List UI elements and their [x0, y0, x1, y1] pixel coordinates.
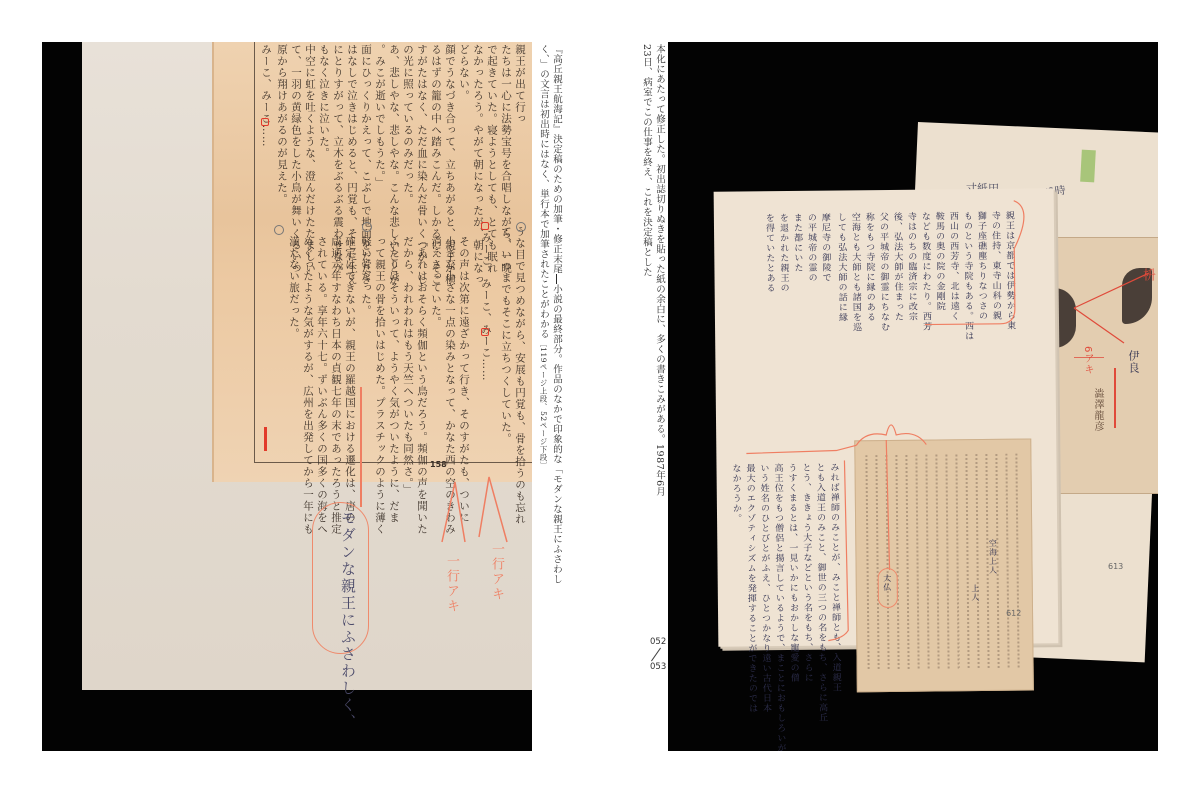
text-column: 消えさっていた。	[430, 236, 442, 328]
caption-left: 『高丘親王航海記』決定稿のための加筆・修正末尾小説の最終部分。作品のなかで印象的…	[537, 44, 563, 584]
manuscript-photo-left: 親王が出て行っ たちは一心に法勢宝号を合唱しながら、一晩 で起きていた。寝ようと…	[42, 42, 532, 751]
text-column: 満たない旅だった。	[288, 236, 300, 340]
folio-right: 053	[650, 661, 662, 673]
front-manuscript-sheet: 親王は京都では伊勢から東 寺の住持、東寺山科の親 獅子座礁塵ちりなつさの ものと…	[714, 188, 1059, 647]
folio-left: 052	[650, 636, 662, 648]
printed-book-page: 親王が出て行っ たちは一心に法勢宝号を合唱しながら、一晩 で起きていた。寝ようと…	[212, 42, 532, 482]
caption-title: 『高丘親王航海記』決定稿のための加筆・修正	[551, 44, 562, 254]
text-column: 原から翔けあがるのが見えた。	[276, 44, 288, 205]
red-mark-note: 枡	[1142, 268, 1152, 282]
page-code-back: 613	[1108, 562, 1123, 571]
page-number: 158	[430, 460, 447, 469]
spacing-note: 6アキ	[1082, 346, 1092, 375]
text-column: 確定はできないが、親王の羅越国における遷化は、唐の	[344, 236, 356, 524]
balloon-note: 大仏	[882, 574, 892, 592]
text-column: の光に照っているのみだった。	[402, 44, 414, 205]
folio-divider	[651, 648, 661, 662]
caption-tag: 末尾	[551, 254, 562, 274]
author-name: 澁澤龍彦	[1092, 388, 1102, 432]
red-caret-marks	[437, 472, 527, 552]
red-correction-mark	[261, 118, 269, 126]
text-column: て、いつまでもそこに立ちつくしていた。	[500, 226, 512, 445]
text-column: されている。享年六十七。ずいぶん多くの国多くの海をへ	[316, 236, 328, 535]
text-column: 「あれはおそらく頻伽という鳥だろう。頻伽の声を聞いた	[416, 236, 428, 535]
text-column: 咸通六年すなわち日本の貞観七年の末であったろうと推定	[330, 236, 342, 535]
caption-rule	[556, 274, 557, 284]
manuscript-photo-right: 寸紙田 60/8時 枡 6アキ 伊良 澁澤龍彦 613 親王は京都では伊勢から東…	[668, 42, 1158, 751]
red-guide-line	[1114, 368, 1116, 428]
grey-circle-mark	[362, 222, 372, 232]
text-column: みーこ、みーこ……	[260, 44, 272, 148]
text-column: ふたりはそういって、ようやく気がついたように、だま	[388, 236, 400, 524]
text-column: 親王が出て行っ	[514, 44, 526, 125]
text-column: どらない。	[458, 44, 470, 102]
red-correction-mark	[481, 222, 489, 230]
text-column: みーこ、みーこ、みーこ……	[480, 232, 492, 382]
caption-reference: 〔119ページ上段、52ページ下段〕	[539, 339, 548, 469]
green-paper-tag	[1080, 150, 1096, 183]
text-column: って親王の骨を拾いはじめた。プラスチックのように薄く	[374, 236, 386, 535]
text-column: めぐったような気がするが、広州を出発してから一年にも	[302, 236, 314, 535]
back-print-clipping: 枡 6アキ 伊良 澁澤龍彦	[1053, 237, 1158, 494]
handwritten-spacing-note: 一行アキ	[442, 554, 461, 614]
text-column: 。みこが逝いでしもうた。」	[374, 44, 386, 188]
red-guide-line	[360, 387, 362, 507]
handwritten-spacing-note: 一行アキ	[487, 542, 506, 602]
text-column: だから、われわれはもう天竺へついたも同然さ。」	[402, 236, 414, 495]
correction-note: 伊良	[1128, 350, 1138, 374]
grey-circle-mark	[274, 225, 284, 235]
page-code-front: 612	[1006, 609, 1021, 618]
red-correction-mark	[481, 328, 489, 336]
grey-circle-mark	[516, 222, 526, 232]
text-column: 軽い骨だった。	[360, 236, 372, 317]
text-column: もなく泣きに泣いた。	[318, 44, 330, 159]
handwritten-insert-note: モダンな親王にふさわしく、	[338, 510, 359, 731]
page-folio: 052 053	[650, 636, 662, 673]
red-insert-mark	[264, 427, 267, 451]
